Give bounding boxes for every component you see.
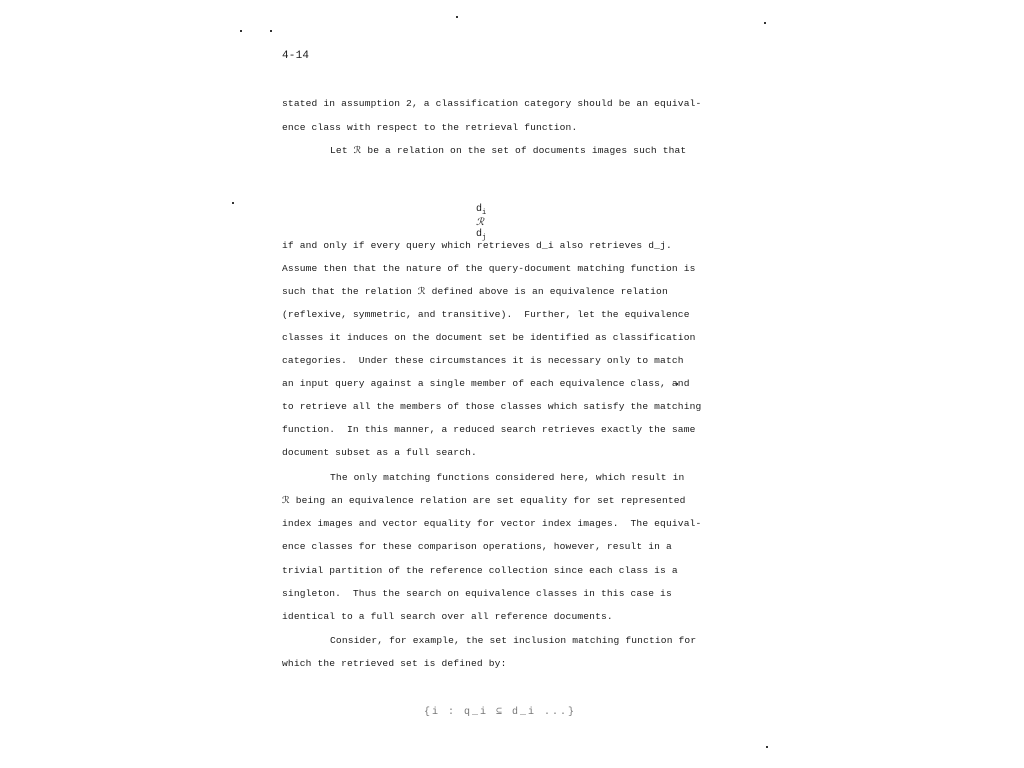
scan-speck bbox=[456, 16, 458, 18]
text-line: function. In this manner, a reduced sear… bbox=[282, 424, 696, 436]
text-line: document subset as a full search. bbox=[282, 447, 477, 459]
scan-speck bbox=[766, 746, 768, 748]
text-line: Consider, for example, the set inclusion… bbox=[330, 635, 696, 647]
text-line: such that the relation ℛ defined above i… bbox=[282, 286, 668, 298]
retrieved-set-formula: {i : q_i ⊆ d_i ...} bbox=[424, 706, 576, 718]
text-line: ence classes for these comparison operat… bbox=[282, 541, 672, 553]
page-number: 4-14 bbox=[282, 50, 309, 62]
text-line: identical to a full search over all refe… bbox=[282, 611, 613, 623]
text-line: stated in assumption 2, a classification… bbox=[282, 98, 701, 110]
scan-speck bbox=[232, 202, 234, 204]
text-line: if and only if every query which retriev… bbox=[282, 240, 672, 252]
text-line: trivial partition of the reference colle… bbox=[282, 565, 678, 577]
text-line: ence class with respect to the retrieval… bbox=[282, 122, 577, 134]
text-line: ℛ being an equivalence relation are set … bbox=[282, 495, 686, 507]
text-line: Assume then that the nature of the query… bbox=[282, 263, 696, 275]
text-line: categories. Under these circumstances it… bbox=[282, 355, 684, 367]
text-line: The only matching functions considered h… bbox=[330, 472, 684, 484]
formula-left-subscript: i bbox=[482, 209, 486, 217]
scan-speck bbox=[676, 383, 678, 385]
text-line: Let ℛ be a relation on the set of docume… bbox=[330, 145, 686, 157]
text-line: to retrieve all the members of those cla… bbox=[282, 401, 701, 413]
scan-speck bbox=[240, 30, 242, 32]
text-line: singleton. Thus the search on equivalenc… bbox=[282, 588, 672, 600]
scanned-document-page: 4-14 stated in assumption 2, a classific… bbox=[0, 0, 1024, 768]
text-line: classes it induces on the document set b… bbox=[282, 332, 696, 344]
formula-relation-symbol: ℛ bbox=[476, 217, 484, 228]
text-line: index images and vector equality for vec… bbox=[282, 518, 701, 530]
text-line: an input query against a single member o… bbox=[282, 378, 690, 390]
scan-speck bbox=[764, 22, 766, 24]
text-line: (reflexive, symmetric, and transitive). … bbox=[282, 309, 690, 321]
text-line: which the retrieved set is defined by: bbox=[282, 658, 506, 670]
scan-speck bbox=[270, 30, 272, 32]
